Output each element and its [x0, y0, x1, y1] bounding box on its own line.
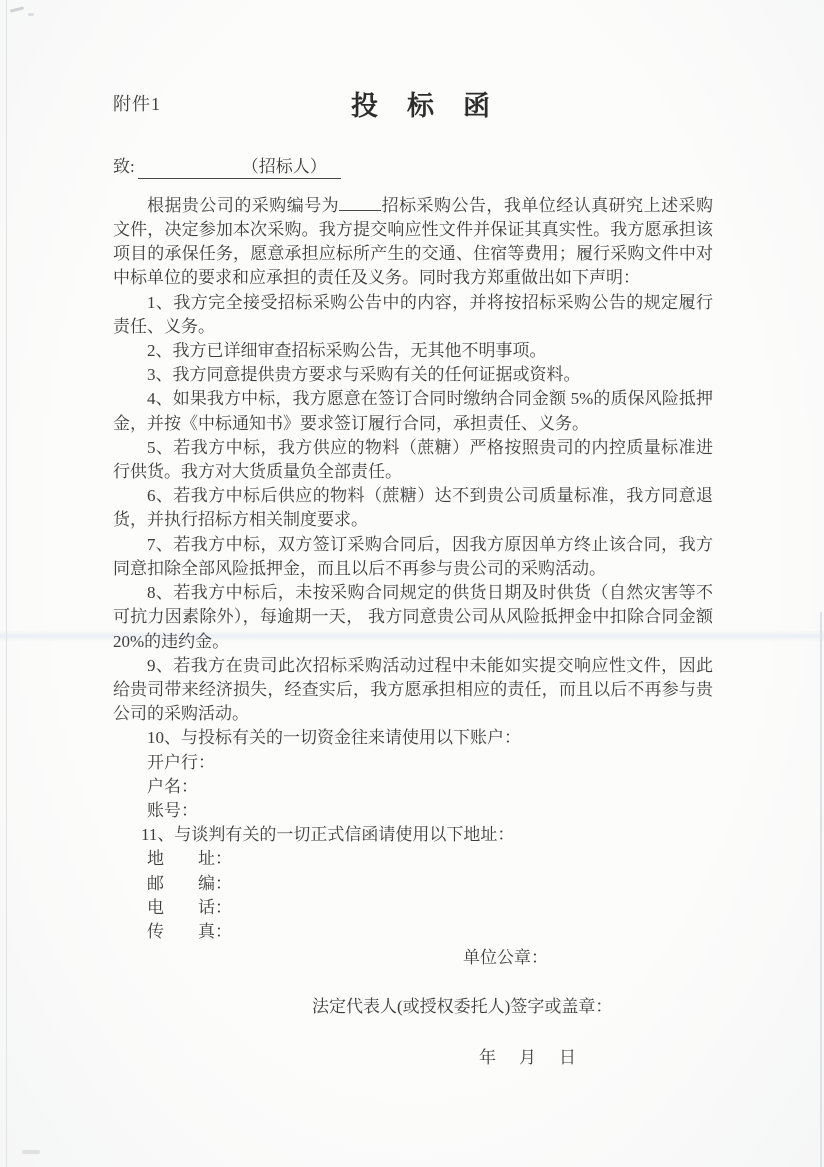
account-name-label: 户名： — [113, 775, 713, 799]
intro-paragraph: 根据贵公司的采购编号为招标采购公告，我单位经认真研究上述采购文件，决定参加本次采… — [113, 192, 713, 291]
scanned-document-page: 附件1 投 标 函 致:（招标人） 根据贵公司的采购编号为招标采购公告，我单位经… — [0, 0, 824, 1167]
bank-name-label: 开户行： — [113, 751, 713, 775]
date-line: 年 月 日 — [113, 1046, 713, 1070]
legal-rep-signature-label: 法定代表人(或授权委托人)签字或盖章： — [113, 995, 713, 1019]
scan-artifact-speck — [10, 6, 24, 12]
fax-label: 传 真： — [113, 920, 713, 944]
clause-2: 2、我方已详细审查招标采购公告，无其他不明事项。 — [113, 339, 713, 363]
procurement-number-blank — [339, 192, 381, 211]
clause-11-heading: 11、与谈判有关的一切正式信函请使用以下地址： — [113, 823, 713, 847]
salutation-prefix: 致: — [113, 157, 135, 176]
attachment-label: 附件1 — [113, 90, 161, 116]
recipient-label: （招标人） — [242, 157, 327, 176]
clause-5: 5、若我方中标，我方供应的物料（蔗糖）严格按照贵司的内控质量标准进行供货。我方对… — [113, 436, 713, 484]
clause-8: 8、若我方中标后，未按采购合同规定的供货日期及时供货（自然灾害等不可抗力因素除外… — [113, 581, 713, 654]
clause-4: 4、如果我方中标，我方愿意在签订合同时缴纳合同金额 5%的质保风险抵押金，并按《… — [113, 387, 713, 435]
phone-label: 电 话： — [113, 896, 713, 920]
clause-10-heading: 10、与投标有关的一切资金往来请使用以下账户： — [113, 726, 713, 750]
clause-3: 3、我方同意提供贵方要求与采购有关的任何证据或资料。 — [113, 363, 713, 387]
recipient-underline: （招标人） — [138, 156, 341, 179]
clause-7: 7、若我方中标，双方签订采购合同后，因我方原因单方终止该合同，我方同意扣除全部风… — [113, 533, 713, 581]
clause-1: 1、我方完全接受招标采购公告中的内容，并将按招标采购公告的规定履行责任、义务。 — [113, 291, 713, 339]
postcode-label: 邮 编： — [113, 872, 713, 896]
salutation-line: 致:（招标人） — [113, 154, 713, 179]
document-content: 附件1 投 标 函 致:（招标人） 根据贵公司的采购编号为招标采购公告，我单位经… — [113, 84, 713, 1070]
intro-text-before-blank: 根据贵公司的采购编号为 — [147, 196, 339, 215]
clause-9: 9、若我方在贵司此次招标采购活动过程中未能如实提交响应性文件，因此给贵司带来经济… — [113, 654, 713, 727]
document-title: 投 标 函 — [113, 84, 713, 123]
clause-6: 6、若我方中标后供应的物料（蔗糖）达不到贵公司质量标准，我方同意退货，并执行招标… — [113, 484, 713, 532]
scan-artifact-right-edge — [820, 612, 822, 1167]
scan-artifact-left-edge — [6, 0, 7, 1167]
company-seal-label: 单位公章： — [113, 946, 713, 970]
account-no-label: 账号： — [113, 799, 713, 823]
scan-artifact-speck — [28, 13, 34, 16]
address-label: 地 址： — [113, 847, 713, 871]
scan-artifact-speck — [22, 1150, 40, 1154]
title-row: 附件1 投 标 函 — [113, 84, 713, 120]
